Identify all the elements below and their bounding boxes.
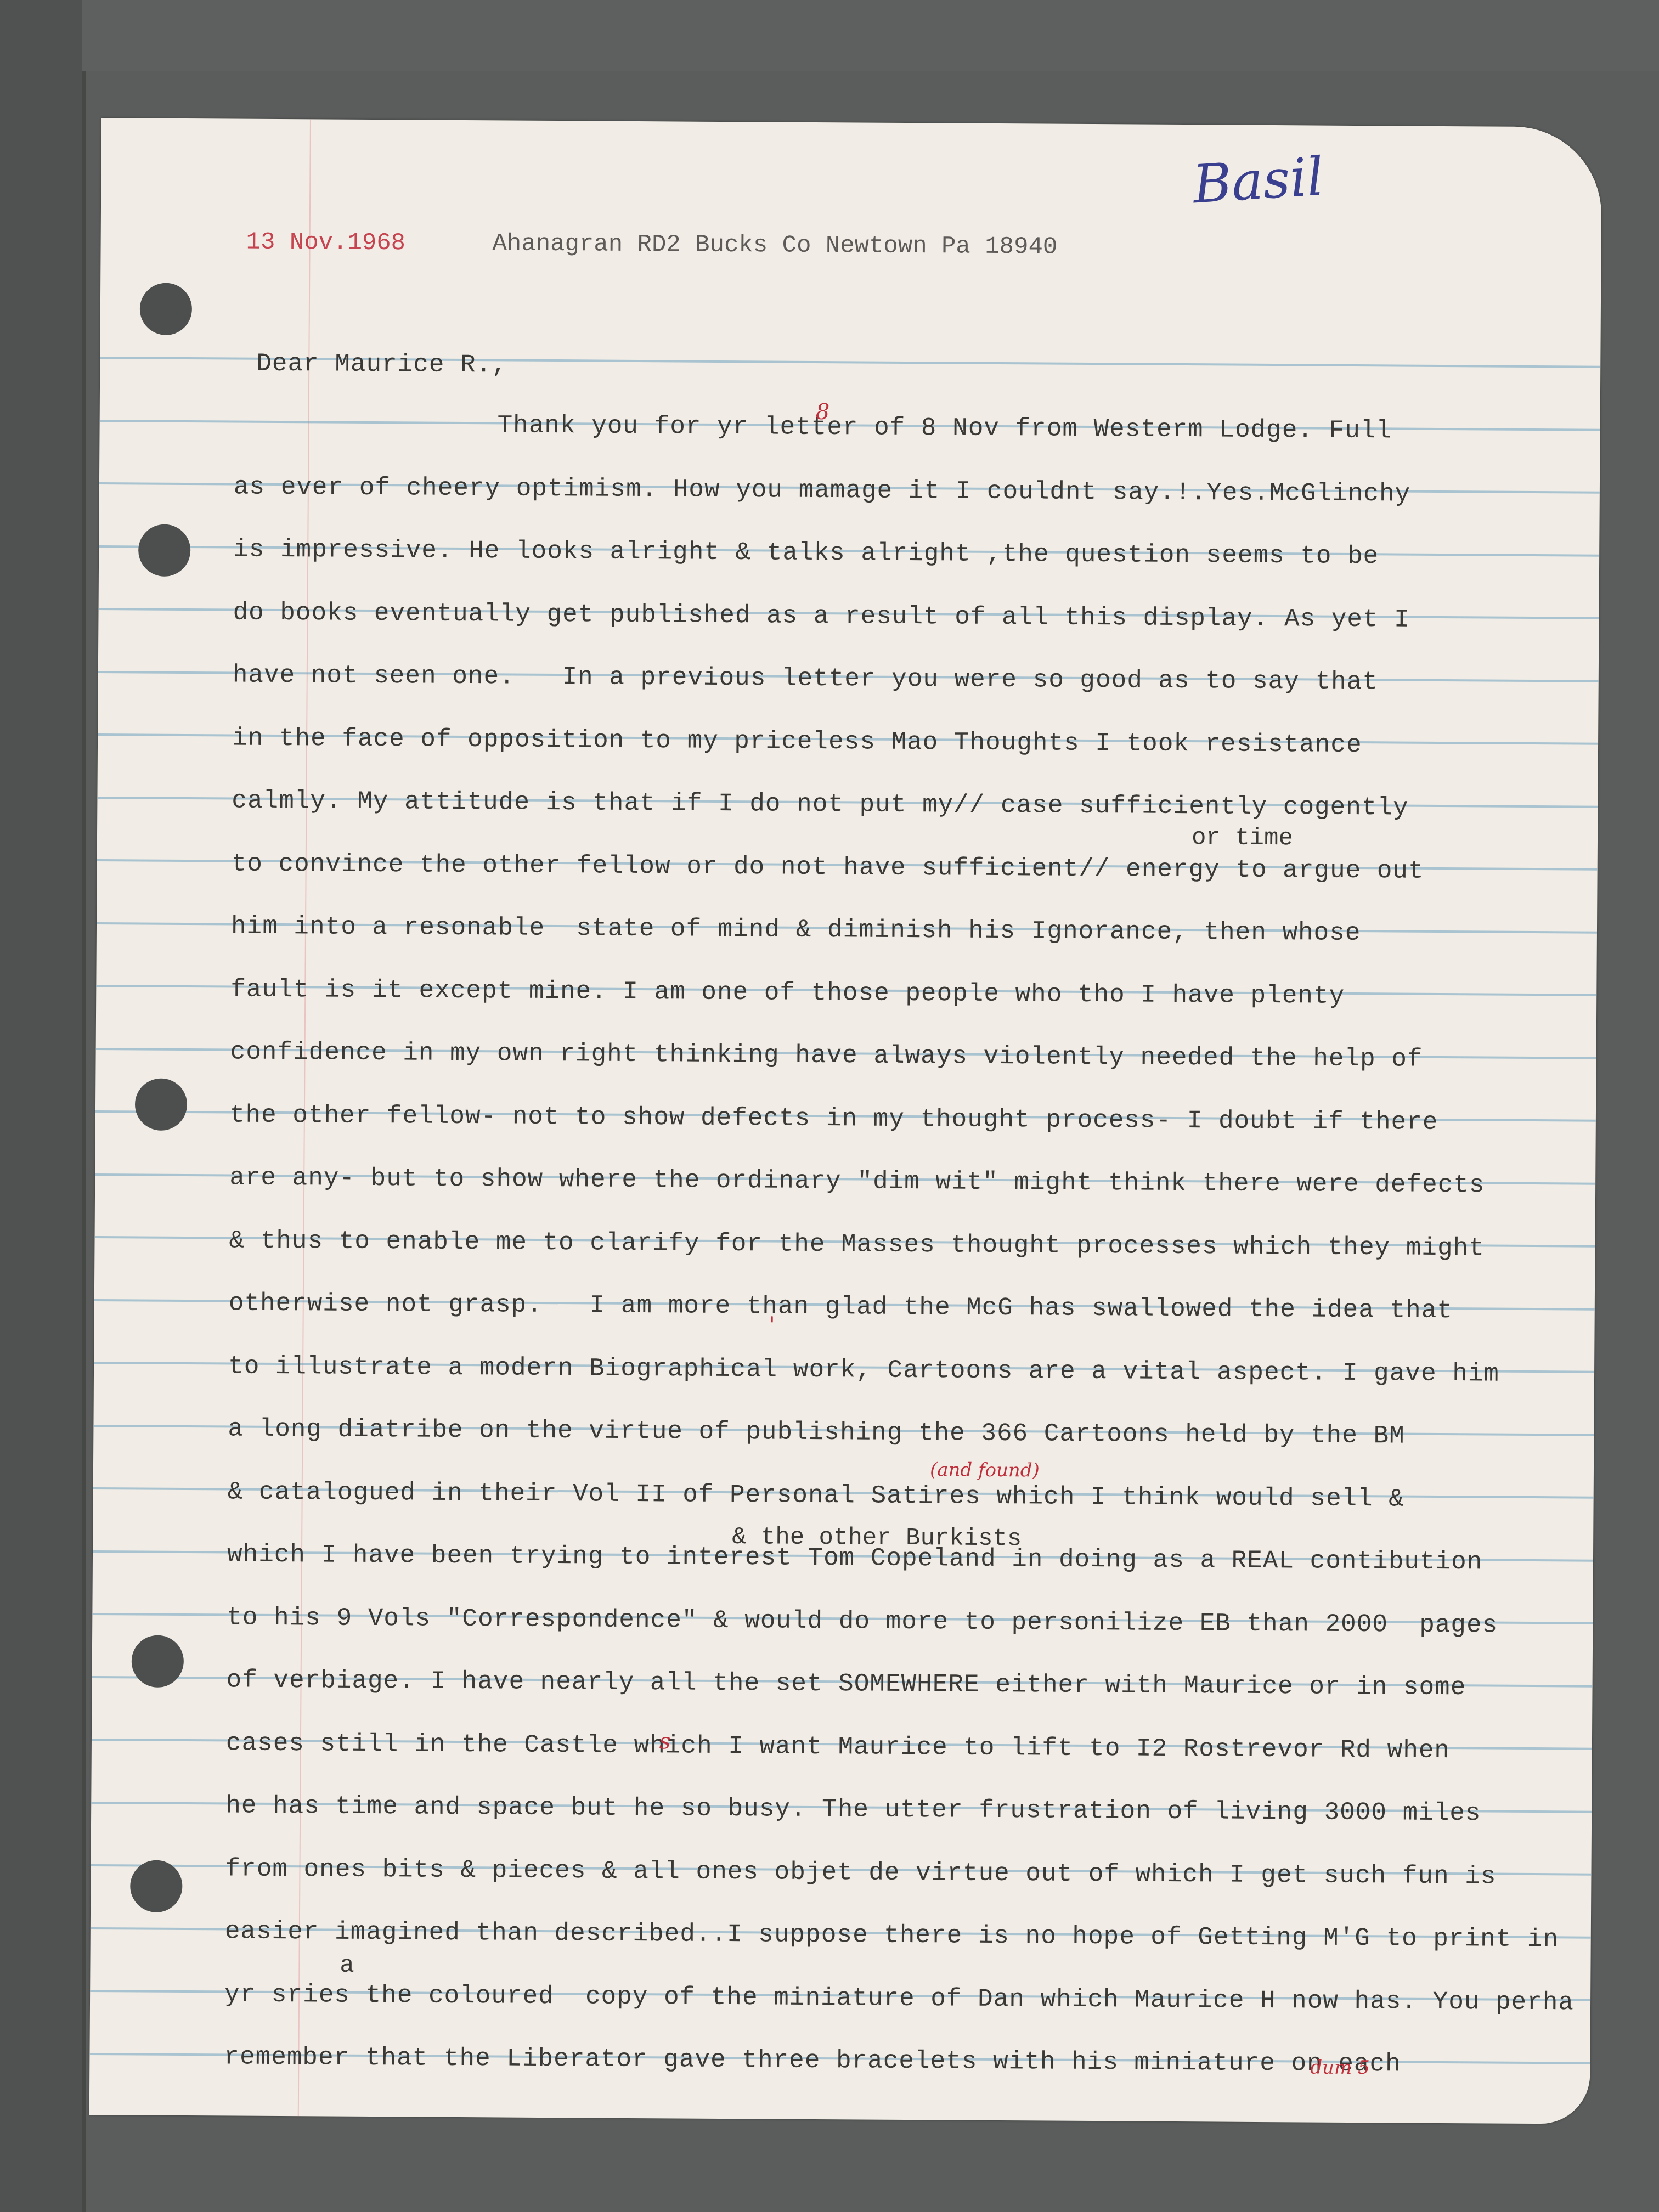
letter-body-line: as ever of cheery optimism. How you mama… [234, 472, 1411, 508]
punch-hole [132, 1635, 184, 1688]
letter-body-line: a long diatribe on the virtue of publish… [228, 1414, 1405, 1450]
letter-date: 13 Nov.1968 [246, 229, 405, 257]
letter-body-line: & catalogued in their Vol II of Personal… [228, 1477, 1405, 1513]
handwritten-name-annotation: Basil [1191, 145, 1325, 215]
red-correction-mark: s [659, 1729, 671, 1754]
letter-body-line: the other fellow- not to show defects in… [230, 1101, 1438, 1136]
letter-body: Thank you for yr letter of 8 Nov from We… [101, 118, 1602, 127]
letter-body-line: from ones bits & pieces & all ones objet… [225, 1854, 1496, 1891]
letter-body-line: of verbiage. I have nearly all the set S… [226, 1666, 1466, 1702]
background-board [82, 0, 1659, 71]
punch-hole [140, 283, 193, 335]
typed-insert: a [340, 1952, 354, 1979]
letter-body-line: to convince the other fellow or do not h… [232, 849, 1424, 885]
letter-body-line: to his 9 Vols "Correspondence" & would d… [227, 1603, 1498, 1639]
letter-body-line: easier imagined than described..I suppos… [225, 1917, 1559, 1954]
typed-insert: or time [1192, 824, 1293, 852]
letter-body-line: he has time and space but he so busy. Th… [225, 1791, 1481, 1827]
typed-insert: & the other Burkists [732, 1523, 1022, 1553]
letter-body-line: do books eventually get published as a r… [233, 598, 1410, 634]
letter-body-line: him into a resonable state of mind & dim… [231, 912, 1361, 947]
letter-body-line: cases still in the Castle which I want M… [226, 1729, 1450, 1765]
letter-body-line: are any- but to show where the ordinary … [229, 1163, 1485, 1199]
letter-body-line: Thank you for yr letter of 8 Nov from We… [497, 411, 1392, 445]
letter-body-line: confidence in my own right thinking have… [230, 1037, 1423, 1073]
red-handwritten-note: dum 5 [1310, 2057, 1370, 2079]
red-correction-mark: 8 [816, 399, 830, 425]
letter-body-line: & thus to enable me to clarify for the M… [229, 1226, 1485, 1262]
letter-body-line: is impressive. He looks alright & talks … [233, 535, 1379, 571]
letter-body-line: otherwise not grasp. I am more than glad… [229, 1289, 1453, 1325]
punch-hole [135, 1078, 188, 1131]
letter-body-line: in the face of opposition to my priceles… [232, 724, 1362, 759]
letter-body-line: fault is it except mine. I am one of tho… [230, 975, 1345, 1010]
letter-body-line: to illustrate a modern Biographical work… [228, 1352, 1499, 1388]
letter-header: 13 Nov.1968 Ahanagran RD2 Bucks Co Newto… [246, 229, 1057, 261]
sender-address: Ahanagran RD2 Bucks Co Newtown Pa 18940 [492, 230, 1057, 261]
red-handwritten-note: (and found) [930, 1459, 1040, 1481]
binder-board-edge [0, 0, 86, 2212]
letter-body-line: calmly. My attitude is that if I do not … [232, 786, 1409, 822]
ruled-line [89, 2115, 1590, 2124]
punch-hole [130, 1860, 183, 1912]
letter-body-line: have not seen one. In a previous letter … [233, 661, 1378, 696]
salutation: Dear Maurice R., [256, 349, 507, 380]
letter-page: Basil 13 Nov.1968 Ahanagran RD2 Bucks Co… [89, 118, 1602, 2124]
letter-body-line: remember that the Liberator gave three b… [224, 2042, 1401, 2078]
letter-body-line: yr sries the coloured copy of the miniat… [224, 1980, 1574, 2017]
red-correction-mark: ' [769, 1312, 775, 1338]
punch-hole [138, 524, 191, 577]
